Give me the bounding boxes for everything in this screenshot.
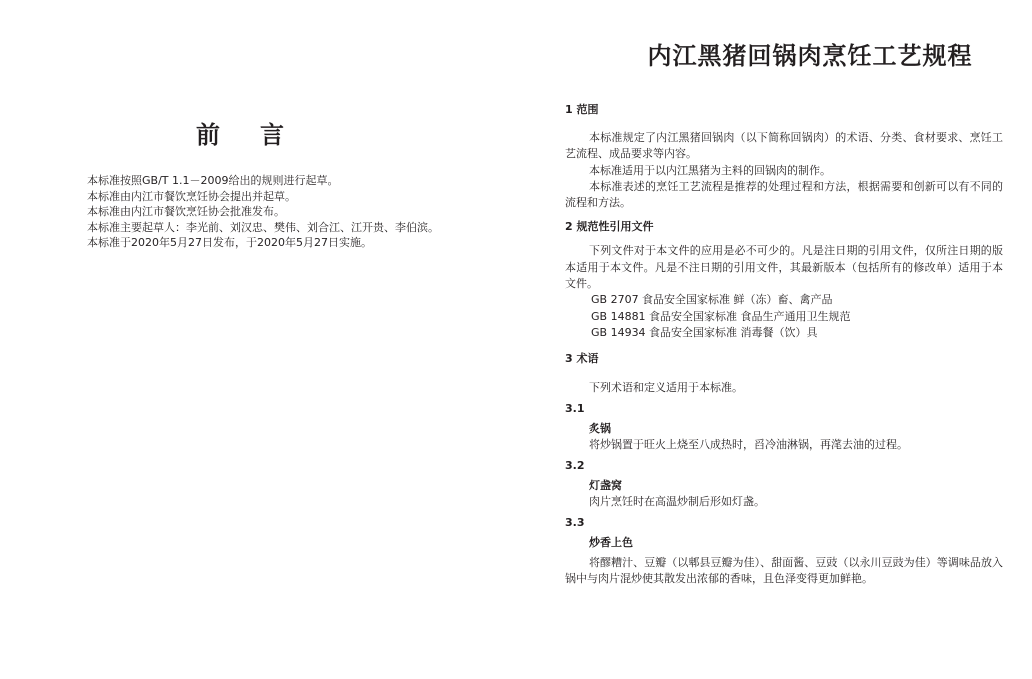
term-entry: 3.2 灯盏窝 肉片烹饪时在高温炒制后形如灯盏。 (565, 458, 1003, 510)
foreword-line: 本标准于2020年5月27日发布，于2020年5月27日实施。 (87, 235, 487, 251)
standard-page: 内江黑猪回锅肉烹饪工艺规程 1 范围 本标准规定了内江黑猪回锅肉（以下简称回锅肉… (516, 0, 1032, 679)
paragraph: 本标准表述的烹饪工艺流程是推荐的处理过程和方法，根据需要和创新可以有不同的流程和… (565, 179, 1003, 212)
term-entry: 3.3 炒香上色 将醪糟汁、豆瓣（以郫县豆瓣为佳）、甜面酱、豆豉（以永川豆豉为佳… (565, 515, 1003, 588)
paragraph: 本标准适用于以内江黑猪为主料的回锅肉的制作。 (565, 163, 1003, 179)
document-content: 1 范围 本标准规定了内江黑猪回锅肉（以下简称回锅肉）的术语、分类、食材要求、烹… (565, 102, 1003, 587)
term-name: 灯盏窝 (565, 478, 1003, 494)
foreword-title: 前言 (170, 120, 350, 150)
paragraph: 本标准规定了内江黑猪回锅肉（以下简称回锅肉）的术语、分类、食材要求、烹饪工艺流程… (565, 130, 1003, 163)
reference-item: GB 14881 食品安全国家标准 食品生产通用卫生规范 (565, 309, 1003, 325)
term-name: 炙锅 (565, 421, 1003, 437)
term-definition: 将醪糟汁、豆瓣（以郫县豆瓣为佳）、甜面酱、豆豉（以永川豆豉为佳）等调味品放入锅中… (565, 555, 1003, 588)
term-number: 3.2 (565, 458, 1003, 474)
foreword-line: 本标准主要起草人：李光前、刘汉忠、樊伟、刘合江、江开贵、李伯滨。 (87, 220, 487, 236)
section-heading: 1 范围 (565, 102, 1003, 118)
foreword-page: 前言 本标准按照GB/T 1.1－2009给出的规则进行起草。 本标准由内江市餐… (0, 0, 516, 679)
term-number: 3.3 (565, 515, 1003, 531)
foreword-line: 本标准由内江市餐饮烹饪协会提出并起草。 (87, 189, 487, 205)
term-entry: 3.1 炙锅 将炒锅置于旺火上烧至八成热时，舀冷油淋锅，再滗去油的过程。 (565, 401, 1003, 453)
term-definition: 将炒锅置于旺火上烧至八成热时，舀冷油淋锅，再滗去油的过程。 (565, 437, 1003, 453)
section-terms: 3 术语 下列术语和定义适用于本标准。 3.1 炙锅 将炒锅置于旺火上烧至八成热… (565, 351, 1003, 587)
term-number: 3.1 (565, 401, 1003, 417)
foreword-line: 本标准按照GB/T 1.1－2009给出的规则进行起草。 (87, 173, 487, 189)
section-normative-references: 2 规范性引用文件 下列文件对于本文件的应用是必不可少的。凡是注日期的引用文件，… (565, 219, 1003, 341)
paragraph: 下列文件对于本文件的应用是必不可少的。凡是注日期的引用文件，仅所注日期的版本适用… (565, 243, 1003, 292)
section-scope: 1 范围 本标准规定了内江黑猪回锅肉（以下简称回锅肉）的术语、分类、食材要求、烹… (565, 102, 1003, 211)
term-definition: 肉片烹饪时在高温炒制后形如灯盏。 (565, 494, 1003, 510)
term-name: 炒香上色 (565, 535, 1003, 551)
section-heading: 3 术语 (565, 351, 1003, 367)
foreword-line: 本标准由内江市餐饮烹饪协会批准发布。 (87, 204, 487, 220)
paragraph: 下列术语和定义适用于本标准。 (565, 380, 1003, 396)
reference-item: GB 14934 食品安全国家标准 消毒餐（饮）具 (565, 325, 1003, 341)
document-title: 内江黑猪回锅肉烹饪工艺规程 (610, 39, 1010, 73)
reference-item: GB 2707 食品安全国家标准 鲜（冻）畜、禽产品 (565, 292, 1003, 308)
section-heading: 2 规范性引用文件 (565, 219, 1003, 235)
foreword-body: 本标准按照GB/T 1.1－2009给出的规则进行起草。 本标准由内江市餐饮烹饪… (87, 173, 487, 251)
